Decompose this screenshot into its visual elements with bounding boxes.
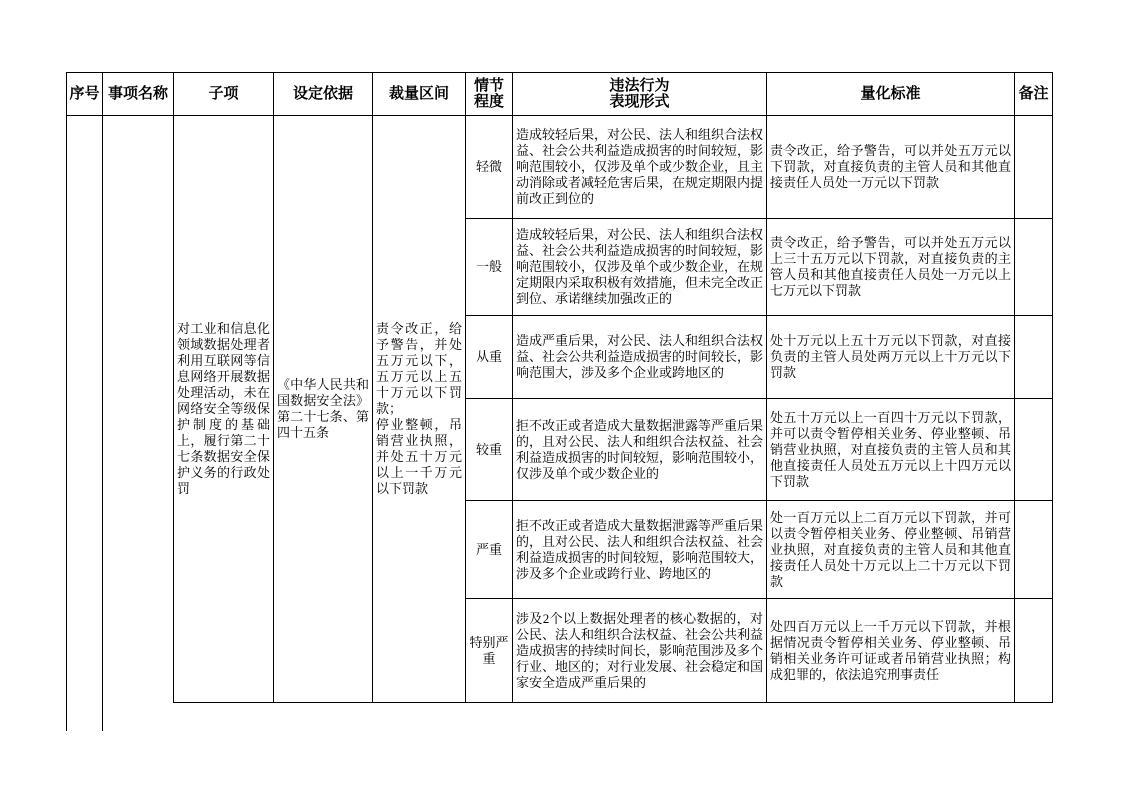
cell-remark [1015,501,1053,599]
cell-remark [1015,219,1053,316]
cell-range: 责令改正，给予警告，并处五万元以下，五万元以上五十万元以下罚款； 停业整顿，吊销… [373,116,466,703]
cell-seq [67,116,103,703]
col-header-violation: 违法行为 表现形式 [513,73,767,116]
col-header-basis: 设定依据 [274,73,373,116]
col-header-item-name: 事项名称 [103,73,174,116]
cell-violation: 拒不改正或者造成大量数据泄露等严重后果的，且对公民、法人和组织合法权益、社会利益… [513,399,767,501]
cell-standard: 责令改正，给予警告，可以并处五万元以下罚款，对直接负责的主管人员和其他直接责任人… [767,116,1015,219]
cell-standard: 责令改正，给予警告，可以并处五万元以上三十五万元以下罚款，对直接负责的主管人员和… [767,219,1015,316]
cell-remark [1015,116,1053,219]
cell-severity: 特别严重 [466,599,513,703]
cell-sub-item: 对工业和信息化领域数据处理者利用互联网等信息网络开展数据处理活动，未在网络安全等… [174,116,274,703]
range-paragraph-1: 责令改正，给予警告，并处五万元以下，五万元以上五十万元以下罚款； [376,321,462,417]
cell-standard: 处一百万元以上二百万元以下罚款，并可以责令暂停相关业务、停业整顿、吊销营业执照，… [767,501,1015,599]
cell-item-name [103,116,174,703]
cell-remark [1015,316,1053,399]
cell-severity: 轻微 [466,116,513,219]
col-header-remark: 备注 [1015,73,1053,116]
col-header-range: 裁量区间 [373,73,466,116]
header-row: 序号 事项名称 子项 设定依据 裁量区间 情节 程度 违法行为 表现形式 量化标… [67,73,1053,116]
cell-standard: 处十万元以上五十万元以下罚款，对直接负责的主管人员处两万元以上十万元以下罚款 [767,316,1015,399]
cell-violation: 造成严重后果，对公民、法人和组织合法权益、社会公共利益造成损害的时间较长，影响范… [513,316,767,399]
col-header-severity: 情节 程度 [466,73,513,116]
cell-violation: 拒不改正或者造成大量数据泄露等严重后果的，且对公民、法人和组织合法权益、社会利益… [513,501,767,599]
cell-remark [1015,599,1053,703]
col-header-sub-item: 子项 [174,73,274,116]
cell-violation: 涉及2个以上数据处理者的核心数据的，对公民、法人和组织合法权益、社会公共利益造成… [513,599,767,703]
col-header-seq: 序号 [67,73,103,116]
column-border-continuation [102,702,103,731]
document-page: 序号 事项名称 子项 设定依据 裁量区间 情节 程度 违法行为 表现形式 量化标… [0,0,1122,793]
col-header-standard: 量化标准 [767,73,1015,116]
cell-violation: 造成较轻后果，对公民、法人和组织合法权益、社会公共利益造成损害的时间较短，影响范… [513,219,767,316]
penalty-discretion-table: 序号 事项名称 子项 设定依据 裁量区间 情节 程度 违法行为 表现形式 量化标… [66,72,1053,703]
cell-standard: 处五十万元以上一百四十万元以下罚款，并可以责令暂停相关业务、停业整顿、吊销营业执… [767,399,1015,501]
cell-standard: 处四百万元以上一千万元以下罚款，并根据情况责令暂停相关业务、停业整顿、吊销相关业… [767,599,1015,703]
cell-severity: 一般 [466,219,513,316]
table-row: 对工业和信息化领域数据处理者利用互联网等信息网络开展数据处理活动，未在网络安全等… [67,116,1053,219]
range-paragraph-2: 停业整顿，吊销营业执照，并处五十万元以上一千万元以下罚款 [376,417,462,497]
cell-severity: 从重 [466,316,513,399]
cell-remark [1015,399,1053,501]
column-border-continuation [66,702,67,731]
cell-violation: 造成较轻后果，对公民、法人和组织合法权益、社会公共利益造成损害的时间较短，影响范… [513,116,767,219]
cell-basis: 《中华人民共和国数据安全法》第二十七条、第四十五条 [274,116,373,703]
cell-severity: 严重 [466,501,513,599]
cell-severity: 较重 [466,399,513,501]
